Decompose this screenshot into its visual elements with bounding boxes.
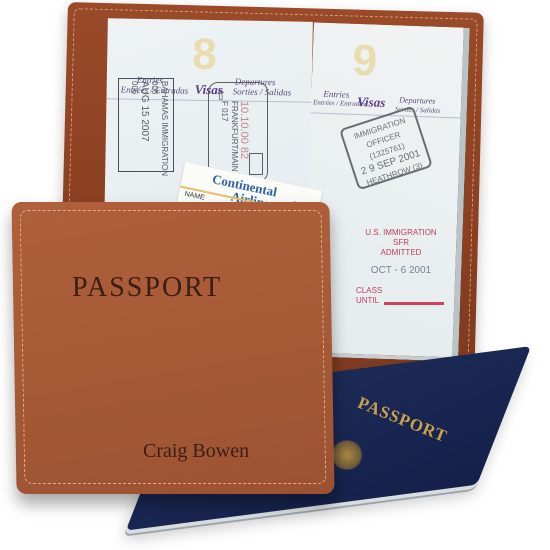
stamp-date: OCT - 6 2001 (356, 266, 446, 276)
stamp-line: BAHAMAS IMMIGRATION (159, 81, 169, 176)
airplane-icon (249, 153, 263, 175)
stamp-line: 006 (149, 81, 159, 176)
eagle-seal-icon (330, 440, 364, 470)
stamp-date: 10.10.00 82 (239, 101, 249, 172)
stamp-class-label: CLASS (356, 286, 446, 296)
stamp-city: FRANKFURT/MAIN (229, 101, 239, 172)
stamp-code: F 017 (219, 101, 229, 172)
visas-label: Visas (357, 94, 386, 111)
departures-label: Departures (399, 95, 435, 105)
stamp-line: U.S. IMMIGRATION (356, 228, 446, 238)
page-number: 8 (192, 30, 217, 80)
stamp-line: SFR (356, 238, 446, 248)
cover-engraved-title: PASSPORT (72, 272, 222, 304)
stamp-line: ADMITTED (356, 248, 446, 258)
stamp-line: 006 (129, 81, 139, 176)
bahamas-immigration-stamp: BAHAMAS IMMIGRATION 006 AUG 15 2007 006 (118, 78, 174, 172)
stamp-signature-line (384, 302, 444, 305)
us-immigration-stamp: U.S. IMMIGRATION SFR ADMITTED OCT - 6 20… (356, 228, 446, 305)
stamp-date: AUG 15 2007 (139, 81, 149, 176)
frankfurt-stamp: ⇧ 10.10.00 82 FRANKFURT/MAIN F 017 (208, 82, 268, 182)
page-number: 9 (352, 36, 378, 87)
cover-engraved-name: Craig Bowen (143, 440, 249, 463)
